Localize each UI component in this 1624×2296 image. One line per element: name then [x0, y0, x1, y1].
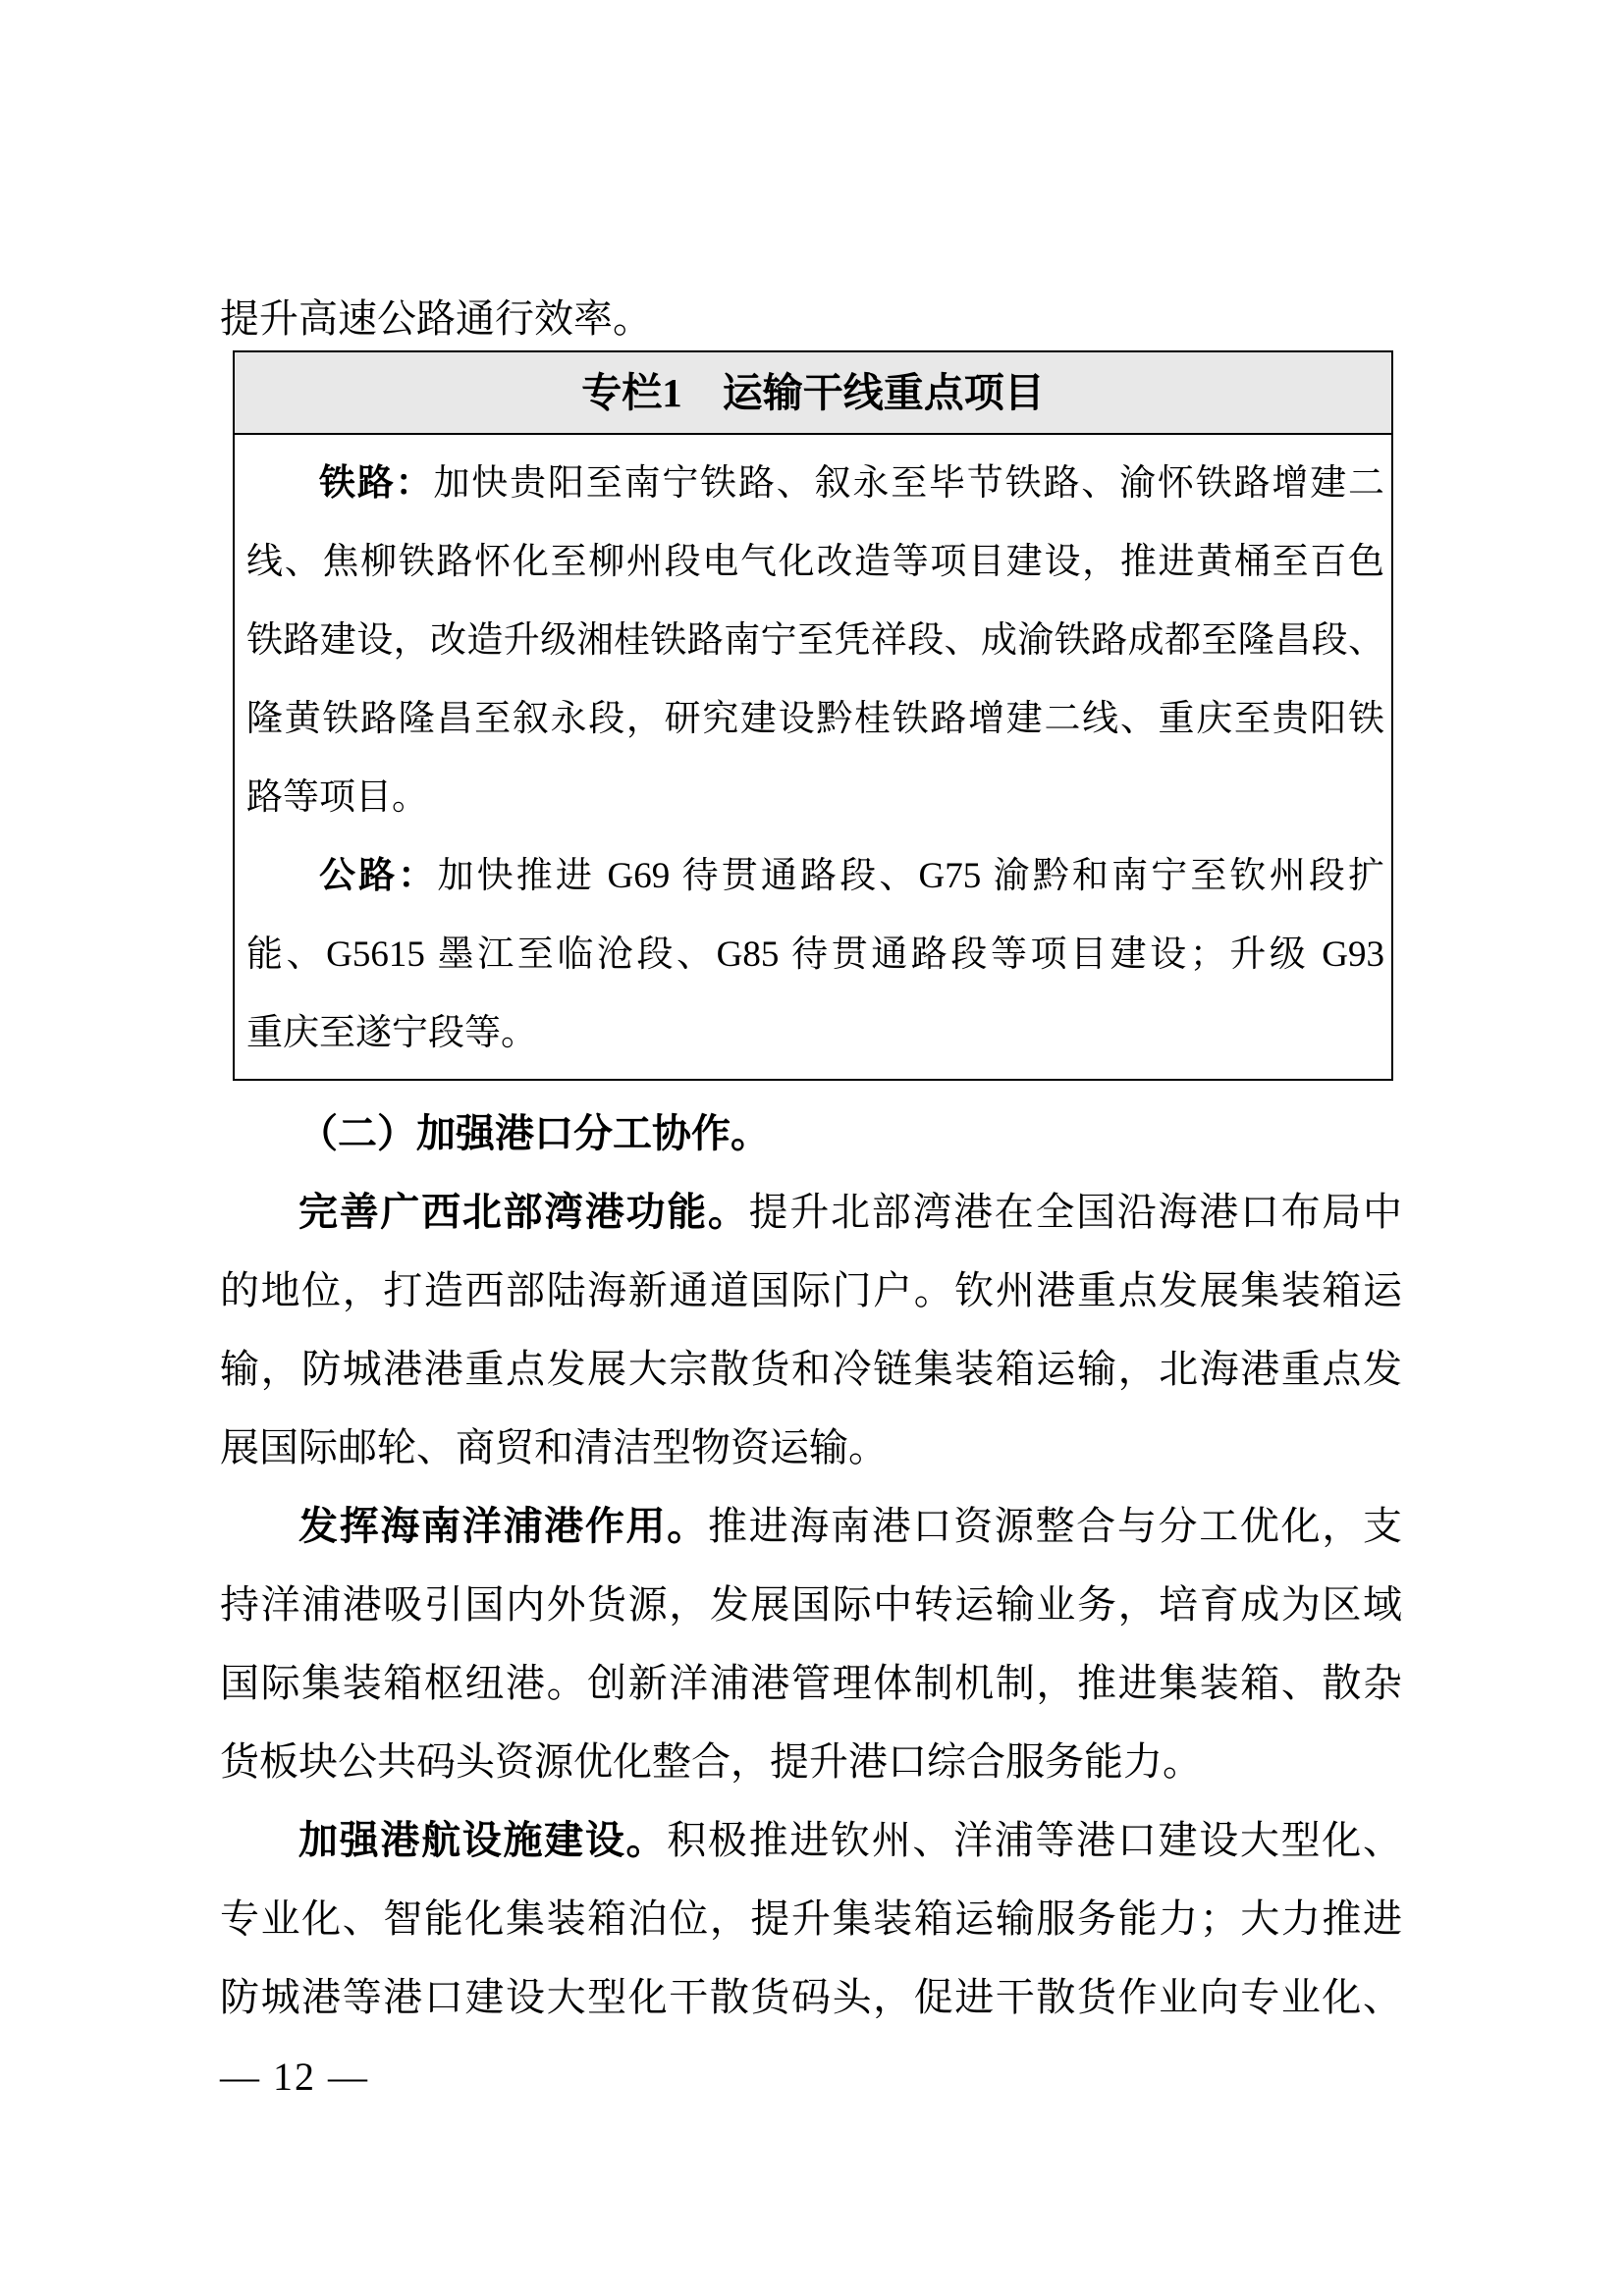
railway-line: 线、焦柳铁路怀化至柳州段电气化改造等项目建设，推进黄桶至百色	[246, 523, 1384, 602]
highway-line: 重庆至遂宁段等。	[246, 994, 1384, 1073]
paragraph-line: 国际集装箱枢纽港。创新洋浦港管理体制机制，推进集装箱、散杂	[220, 1644, 1402, 1723]
railway-line: 隆黄铁路隆昌至叙永段，研究建设黔桂铁路增建二线、重庆至贵阳铁	[246, 680, 1384, 759]
paragraph-line-text: 提升北部湾港在全国沿海港口布局中	[749, 1190, 1402, 1234]
highway-lead-label: 公路：	[319, 856, 437, 896]
paragraph-line-text: 积极推进钦州、洋浦等港口建设大型化、	[667, 1818, 1402, 1862]
highway-line: 能、G5615 墨江至临沧段、G85 待贯通路段等项目建设；升级 G93	[246, 916, 1384, 994]
paragraph-lead-label: 发挥海南洋浦港作用。	[298, 1504, 708, 1548]
paragraph-line: 防城港等港口建设大型化干散货码头，促进干散货作业向专业化、	[220, 1958, 1402, 2037]
paragraph-lead-label: 完善广西北部湾港功能。	[298, 1190, 749, 1234]
column-box: 专栏1 运输干线重点项目 铁路：加快贵阳至南宁铁路、叙永至毕节铁路、渝怀铁路增建…	[233, 350, 1393, 1081]
paragraph-line: 完善广西北部湾港功能。提升北部湾港在全国沿海港口布局中	[220, 1173, 1402, 1252]
paragraph-line: 展国际邮轮、商贸和清洁型物资运输。	[220, 1409, 1402, 1487]
railway-line: 铁路：加快贵阳至南宁铁路、叙永至毕节铁路、渝怀铁路增建二	[246, 445, 1384, 523]
intro-continuation-line: 提升高速公路通行效率。	[220, 280, 1402, 358]
column-box-body: 铁路：加快贵阳至南宁铁路、叙永至毕节铁路、渝怀铁路增建二 线、焦柳铁路怀化至柳州…	[235, 435, 1391, 1079]
paragraph-lead-label: 加强港航设施建设。	[298, 1818, 667, 1862]
railway-line-text: 加快贵阳至南宁铁路、叙永至毕节铁路、渝怀铁路增建二	[433, 463, 1384, 504]
railway-line: 路等项目。	[246, 759, 1384, 837]
paragraph-line: 发挥海南洋浦港作用。推进海南港口资源整合与分工优化，支	[220, 1487, 1402, 1566]
paragraph-line: 货板块公共码头资源优化整合，提升港口综合服务能力。	[220, 1723, 1402, 1801]
page-content: 提升高速公路通行效率。 专栏1 运输干线重点项目 铁路：加快贵阳至南宁铁路、叙永…	[220, 280, 1402, 2037]
page-number: — 12 —	[220, 2054, 369, 2101]
paragraph-line: 持洋浦港吸引国内外货源，发展国际中转运输业务，培育成为区域	[220, 1566, 1402, 1644]
railway-lead-label: 铁路：	[319, 463, 433, 504]
column-box-header: 专栏1 运输干线重点项目	[235, 352, 1391, 435]
document-page: 提升高速公路通行效率。 专栏1 运输干线重点项目 铁路：加快贵阳至南宁铁路、叙永…	[0, 0, 1624, 2296]
railway-line: 铁路建设，改造升级湘桂铁路南宁至凭祥段、成渝铁路成都至隆昌段、	[246, 602, 1384, 680]
paragraph-line: 输，防城港港重点发展大宗散货和冷链集装箱运输，北海港重点发	[220, 1330, 1402, 1409]
section-heading: （二）加强港口分工协作。	[220, 1095, 1402, 1173]
highway-line-text: 加快推进 G69 待贯通路段、G75 渝黔和南宁至钦州段扩	[437, 856, 1384, 896]
paragraph-line: 专业化、智能化集装箱泊位，提升集装箱运输服务能力；大力推进	[220, 1880, 1402, 1958]
column-box-title: 专栏1 运输干线重点项目	[581, 353, 1045, 432]
paragraph-line: 加强港航设施建设。积极推进钦州、洋浦等港口建设大型化、	[220, 1801, 1402, 1880]
paragraph-line-text: 推进海南港口资源整合与分工优化，支	[708, 1504, 1402, 1548]
highway-line: 公路：加快推进 G69 待贯通路段、G75 渝黔和南宁至钦州段扩	[246, 837, 1384, 916]
paragraph-line: 的地位，打造西部陆海新通道国际门户。钦州港重点发展集装箱运	[220, 1252, 1402, 1330]
